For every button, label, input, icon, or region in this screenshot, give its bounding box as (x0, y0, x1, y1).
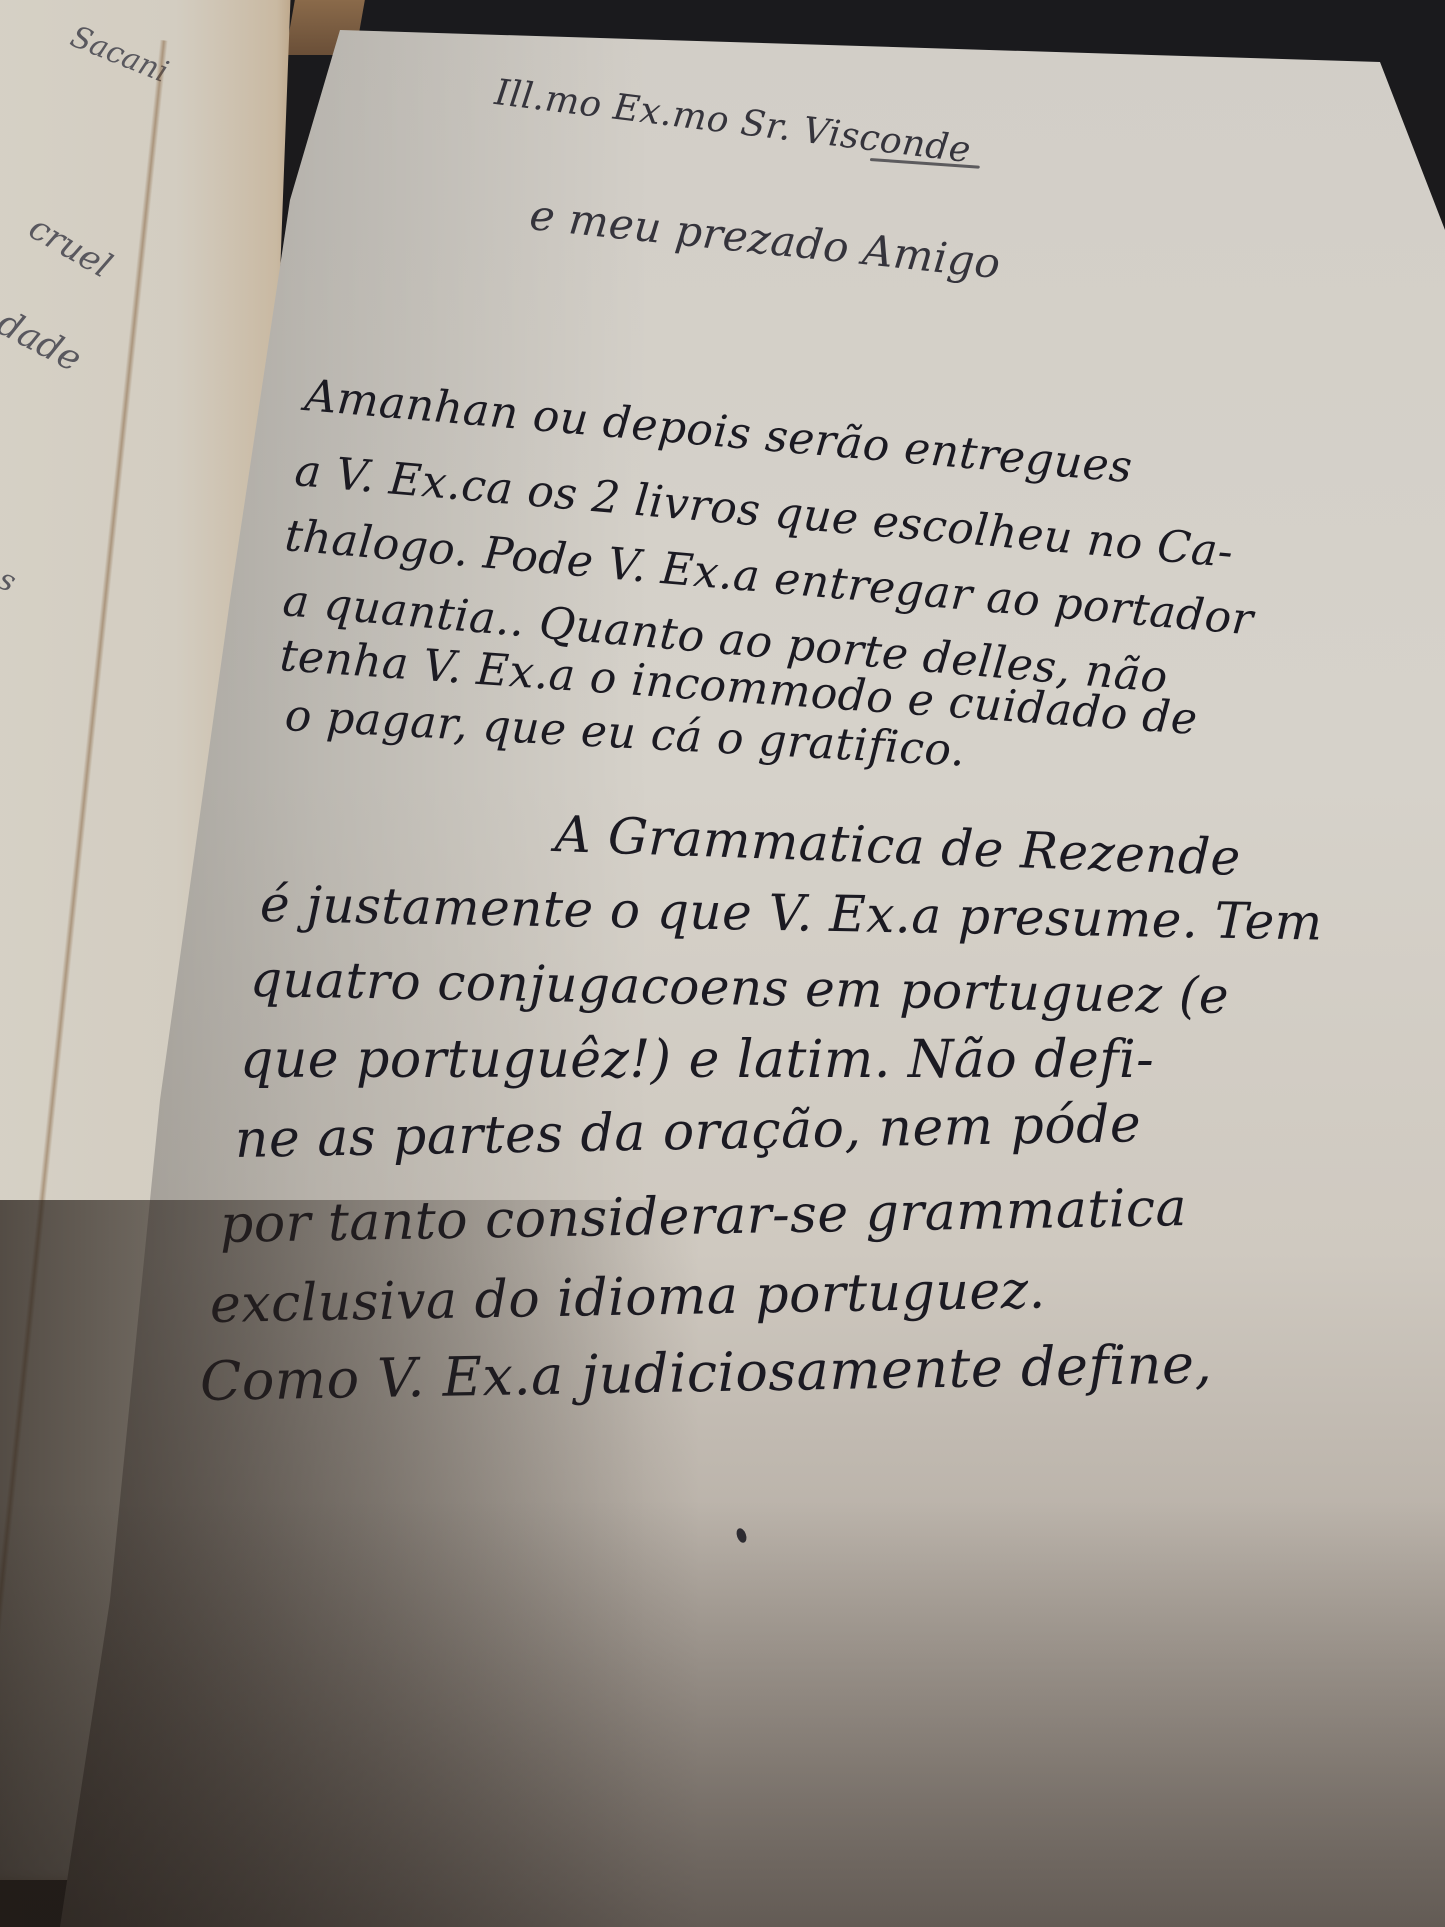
letter-line: que portuguêz!) e latim. Não defi- (240, 1030, 1154, 1090)
book-photo: Sacani cruel dade s Ill.mo Ex.mo Sr. Vis… (0, 0, 1445, 1927)
